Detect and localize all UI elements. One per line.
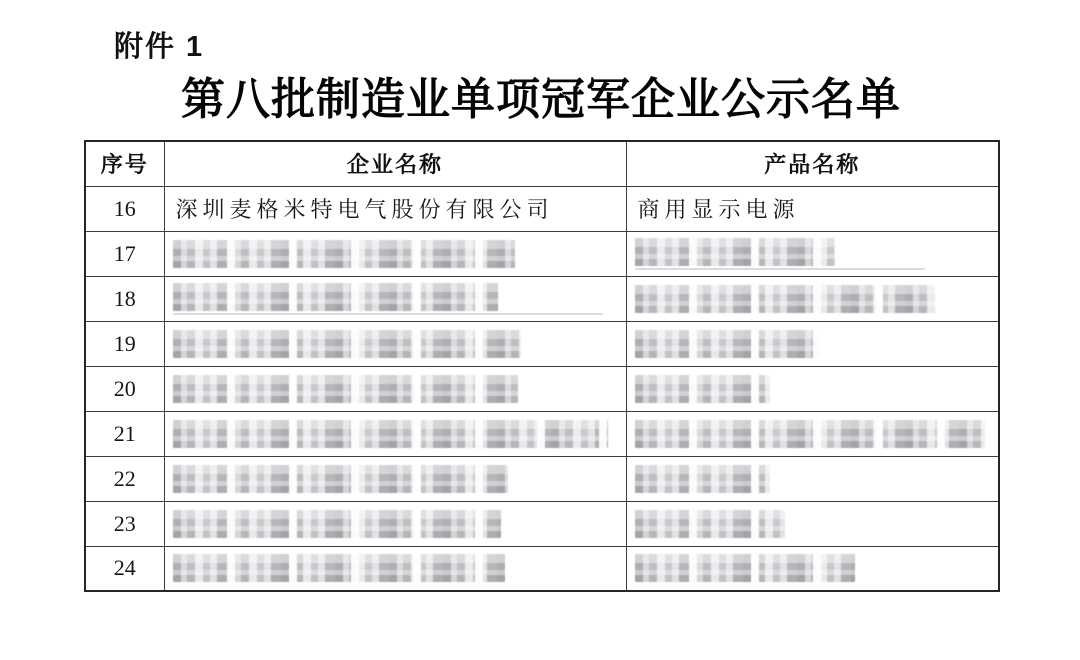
- redacted-product-text: [635, 238, 835, 266]
- serial-cell: 23: [85, 501, 164, 546]
- company-cell: [164, 276, 626, 321]
- company-name: 深圳麦格米特电气股份有限公司: [165, 193, 554, 224]
- table-row-22: 22: [85, 456, 999, 501]
- table-row-18: 18: [85, 276, 999, 321]
- product-cell: [626, 231, 999, 276]
- serial-cell: 24: [85, 546, 164, 591]
- header-row: 序号 企业名称 产品名称: [85, 141, 999, 186]
- serial-cell: 20: [85, 366, 164, 411]
- company-cell: [164, 411, 626, 456]
- redacted-company-text: [173, 420, 608, 448]
- product-cell: [626, 321, 999, 366]
- redacted-company-text: [173, 465, 508, 493]
- redacted-company-text: [173, 554, 505, 582]
- table-body: 16 深圳麦格米特电气股份有限公司 商用显示电源 17 1: [85, 186, 999, 591]
- table-header: 序号 企业名称 产品名称: [85, 141, 999, 186]
- column-header-company: 企业名称: [164, 141, 626, 186]
- scan-artifact-line: [173, 313, 603, 315]
- product-cell: [626, 456, 999, 501]
- product-cell: [626, 366, 999, 411]
- redacted-product-text: [635, 330, 821, 358]
- table-row-19: 19: [85, 321, 999, 366]
- product-cell: [626, 546, 999, 591]
- company-cell: 深圳麦格米特电气股份有限公司: [164, 186, 626, 231]
- column-header-product: 产品名称: [626, 141, 999, 186]
- redacted-product-text: [635, 285, 935, 313]
- table-row-16: 16 深圳麦格米特电气股份有限公司 商用显示电源: [85, 186, 999, 231]
- redacted-company-text: [173, 330, 521, 358]
- serial-cell: 21: [85, 411, 164, 456]
- champion-enterprise-table: 序号 企业名称 产品名称 16 深圳麦格米特电气股份有限公司 商用显示电源 17: [84, 140, 1000, 592]
- serial-cell: 18: [85, 276, 164, 321]
- scan-artifact-line: [635, 268, 925, 270]
- redacted-product-text: [635, 554, 855, 582]
- company-cell: [164, 546, 626, 591]
- table-row-20: 20: [85, 366, 999, 411]
- serial-cell: 22: [85, 456, 164, 501]
- serial-cell: 17: [85, 231, 164, 276]
- page-title: 第八批制造业单项冠军企业公示名单: [84, 74, 998, 126]
- redacted-product-text: [635, 375, 770, 403]
- company-cell: [164, 321, 626, 366]
- product-cell: [626, 276, 999, 321]
- table-row-21: 21: [85, 411, 999, 456]
- redacted-company-text: [173, 240, 515, 268]
- product-name: 商用显示电源: [627, 193, 800, 224]
- redacted-company-text: [173, 375, 518, 403]
- company-cell: [164, 231, 626, 276]
- company-cell: [164, 501, 626, 546]
- serial-cell: 19: [85, 321, 164, 366]
- product-cell: 商用显示电源: [626, 186, 999, 231]
- redacted-company-text: [173, 510, 501, 538]
- redacted-product-text: [635, 420, 985, 448]
- column-header-serial: 序号: [85, 141, 164, 186]
- redacted-product-text: [635, 510, 785, 538]
- product-cell: [626, 501, 999, 546]
- table-row-17: 17: [85, 231, 999, 276]
- document-page: 附件 1 第八批制造业单项冠军企业公示名单 序号 企业名称 产品名称 16 深圳…: [0, 0, 1080, 660]
- table-row-23: 23: [85, 501, 999, 546]
- redacted-product-text: [635, 465, 770, 493]
- company-cell: [164, 456, 626, 501]
- redacted-company-text: [173, 283, 498, 311]
- company-cell: [164, 366, 626, 411]
- serial-cell: 16: [85, 186, 164, 231]
- table-row-24: 24: [85, 546, 999, 591]
- attachment-label: 附件 1: [114, 24, 204, 65]
- product-cell: [626, 411, 999, 456]
